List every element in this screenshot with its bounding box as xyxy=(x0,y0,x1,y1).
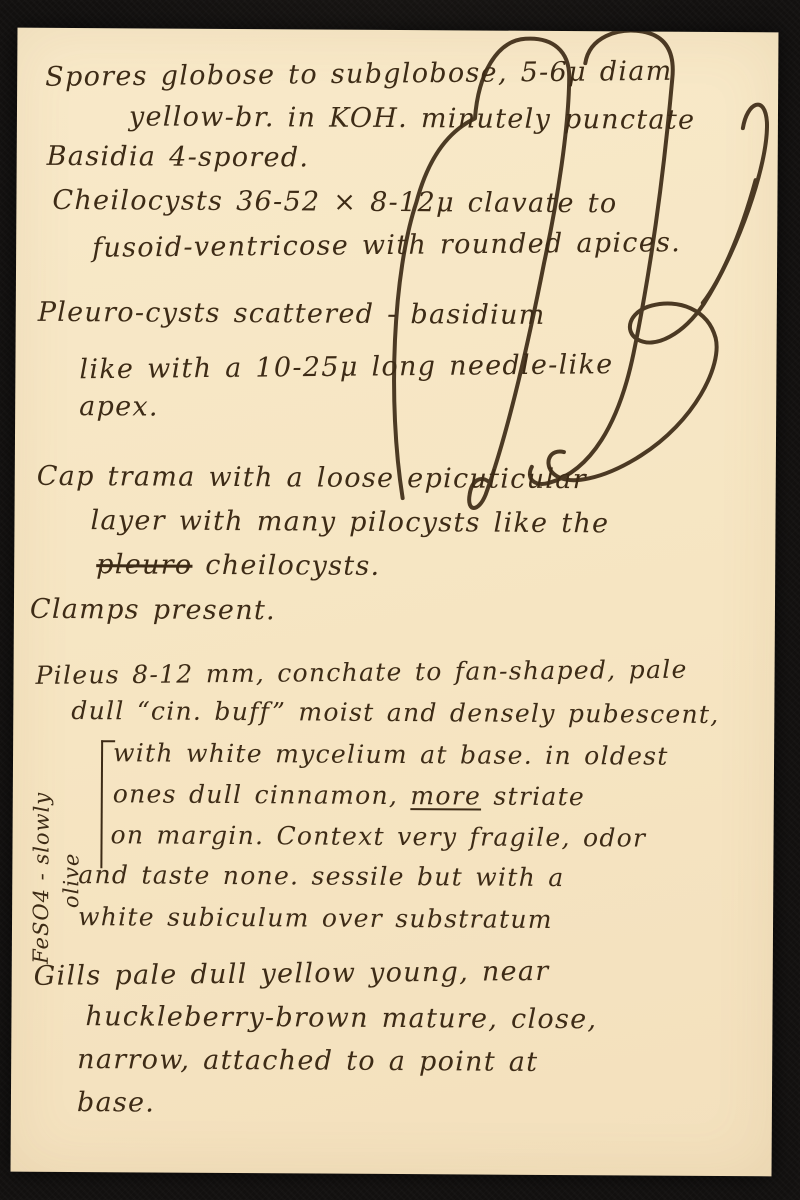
note-line: Pleuro-cysts scattered - basidium xyxy=(38,296,546,333)
note-line: on margin. Context very fragile, odor xyxy=(110,818,646,855)
note-line: Cheilocysts 36-52 × 8-12μ clavate to xyxy=(52,184,617,221)
note-line: base. xyxy=(77,1086,156,1120)
note-line: like with a 10-25μ long needle-like xyxy=(79,348,613,387)
note-line: apex. xyxy=(79,390,159,424)
note-line: with white mycelium at base. in oldest xyxy=(113,736,669,773)
photo-background: { "scene": { "background_color": "#13111… xyxy=(0,0,800,1200)
note-line: huckleberry-brown mature, close, xyxy=(85,1000,597,1037)
note-line: narrow, attached to a point at xyxy=(77,1043,538,1080)
underlined-word: more xyxy=(410,781,481,810)
margin-note-line: olive xyxy=(56,672,87,908)
note-line: and taste none. sessile but with a xyxy=(78,858,564,895)
note-line: yellow-br. in KOH. minutely punctate xyxy=(129,100,696,137)
margin-bracket xyxy=(100,740,115,868)
note-line: Clamps present. xyxy=(30,593,276,629)
note-line: fusoid-ventricose with rounded apices. xyxy=(92,226,681,266)
margin-note-feso4: FeSO4 - slowly olive xyxy=(26,672,88,964)
strikethrough-word: pleuro xyxy=(96,549,192,581)
note-line: Basidia 4-spored. xyxy=(47,140,310,176)
note-line: Spores globose to subglobose, 5-6μ diam xyxy=(45,55,673,95)
note-line-text: ones dull cinnamon, xyxy=(113,779,411,810)
note-paper: Spores globose to subglobose, 5-6μ diam … xyxy=(11,28,779,1177)
note-line: white subiculum over substratum xyxy=(78,900,553,937)
note-line: Cap trama with a loose epicuticular xyxy=(37,460,587,497)
note-line: dull “cin. buff” moist and densely pubes… xyxy=(71,694,719,732)
note-line: layer with many pilocysts like the xyxy=(90,504,609,541)
note-line: Gills pale dull yellow young, near xyxy=(34,955,550,994)
note-line: Pileus 8-12 mm, conchate to fan-shaped, … xyxy=(35,653,687,693)
margin-note-line: FeSO4 - slowly xyxy=(26,672,58,964)
note-line-text: striate xyxy=(481,782,585,812)
note-line-text: cheilocysts. xyxy=(192,550,380,582)
note-line: pleuro cheilocysts. xyxy=(96,548,380,584)
note-line: ones dull cinnamon, more striate xyxy=(113,777,585,814)
